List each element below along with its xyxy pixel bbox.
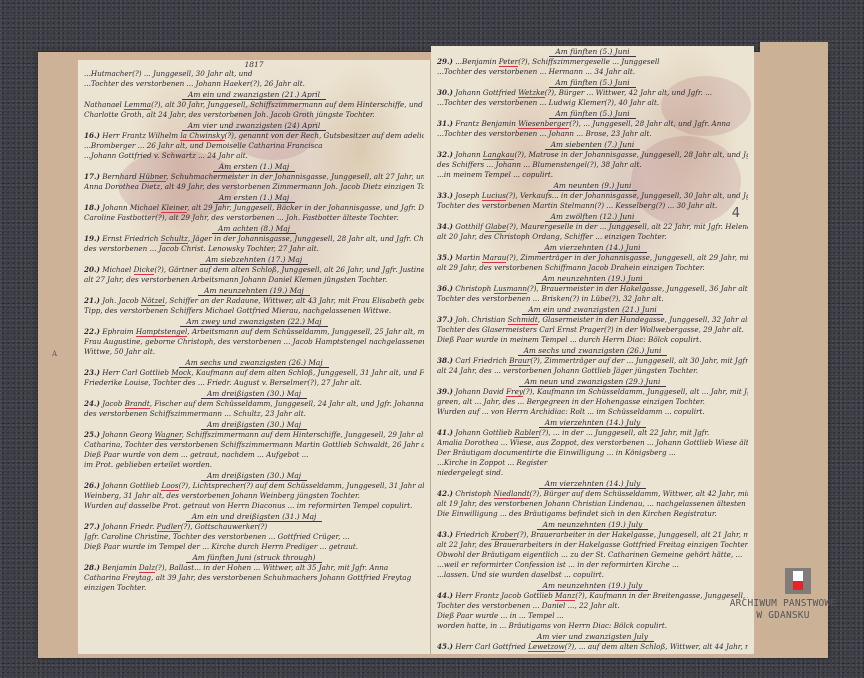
date-heading-text: Am ein und zwanzigsten (21.) Juni <box>522 305 662 315</box>
entry-text: Johann David Frey(?), Kaufmann im Schüss… <box>455 387 748 397</box>
register-entry-line: Wurden auf ... von Herrn Archidiac: Rolt… <box>437 407 748 417</box>
register-entry-line: Amalia Dorothea ... Wiese, aus Zoppot, d… <box>437 438 748 448</box>
entry-number: 30.) <box>437 88 453 97</box>
date-heading: Am vierzehnten (14.) July <box>437 417 748 428</box>
entry-text: des Schiffers ... Johann ... Blumensteng… <box>437 160 642 169</box>
entry-number: 35.) <box>437 253 453 262</box>
surname-underlined: Nötzel <box>141 296 165 306</box>
register-entry-line: ...lassen. Und sie wurden daselbst ... c… <box>437 570 748 580</box>
entry-text: ...lassen. Und sie wurden daselbst ... c… <box>437 570 604 579</box>
entry-text: ...weil er reformirter Confession ist ..… <box>437 560 679 569</box>
date-heading: Am ein und zwanzigsten (21.) Juni <box>437 304 748 315</box>
register-entry-line: ...Tochter des verstorbenen ... Johann .… <box>437 129 748 139</box>
date-heading-text: Am neunzehnten (19.) Juni <box>536 274 648 284</box>
margin-mark: A <box>52 350 57 358</box>
surname-underlined: Manz <box>555 591 575 601</box>
entry-number: 44.) <box>437 591 453 600</box>
surname-underlined: Frey <box>506 387 523 397</box>
entry-text: Dieß Paar wurde ... in ... Tempel ... <box>437 611 564 620</box>
entry-text: Johann Friedr. Pudler(?), Gottschauwerke… <box>102 522 267 532</box>
entry-text: Ernst Friedrich Schultz, Jäger in der Jo… <box>102 234 424 244</box>
entry-text: Charlotte Groth, alt 24 Jahr, des versto… <box>84 110 375 119</box>
surname-underlined: Braur <box>509 356 530 366</box>
register-entry-line: Friederike Louise, Tochter des ... Fried… <box>84 378 424 388</box>
date-heading-text: Am fünften (5.) Juni <box>549 47 635 57</box>
surname-underlined: Lucius <box>482 191 506 201</box>
register-entry-line: alt 24 Jahr, des ... verstorbenen Johann… <box>437 366 748 376</box>
register-entry-line: 41.) Johann Gottlieb Rabler(?), ... in d… <box>437 428 748 438</box>
entry-text: Wurden auf dasselbe Prot. getraut von He… <box>84 501 412 510</box>
register-entry-line: 36.) Christoph Lusmann(?), Brauermeister… <box>437 284 748 294</box>
date-heading: Am fünften (5.) Juni <box>437 108 748 119</box>
register-entry-line: 28.) Benjamin Dalz(?), Ballast... in der… <box>84 563 424 573</box>
entry-text: Dieß Paar wurde von dem ... getraut, nac… <box>84 450 308 459</box>
entry-text: Johann Gottlieb Loos(?), Lichtsprecher(?… <box>102 481 424 491</box>
entry-text: Frau Augustine, geborne Christoph, des v… <box>84 337 424 346</box>
register-entry-line: 32.) Johann Langkau(?), Matrose in der J… <box>437 150 748 160</box>
surname-underlined: Peter <box>499 57 518 67</box>
register-entry-line: Jgfr. Caroline Christine, Tochter des ve… <box>84 532 424 542</box>
surname-underlined: Lusmann <box>494 284 527 294</box>
register-entry-line: 42.) Christoph Niedlandt(?), Bürger auf … <box>437 489 748 499</box>
date-heading-text: Am sechs und zwanzigsten (26.) Maj <box>179 358 328 368</box>
surname-underlined: Hübner <box>139 172 166 182</box>
entry-text: Johann Gottlieb Rabler(?), ... in der ..… <box>455 428 709 438</box>
entry-text: Die Einwilligung ... des Bräutigams befi… <box>437 509 717 518</box>
date-heading-text: Am zwölften (12.) Juni <box>545 212 641 222</box>
entry-text: Herr Carl Gottfried Lewetzow(?), ... auf… <box>455 642 748 652</box>
entry-text: Herr Frantz Jacob Gottlieb Manz(?), Kauf… <box>455 591 748 601</box>
entry-number: 21.) <box>84 296 100 305</box>
entry-text: Tochter des verstorbenen ... Brisken(?) … <box>437 294 664 303</box>
date-heading-text: Am neunten (9.) Juni <box>548 181 638 191</box>
entry-text: Caroline Fastbotter(?), alt 29 Jahr, des… <box>84 213 399 222</box>
surname-underlined: Wiesenberger <box>518 119 569 129</box>
date-heading: Am sechs und zwanzigsten (26.) Maj <box>84 357 424 368</box>
surname-underlined: Kleiner <box>161 203 187 213</box>
register-entry-line: Dieß Paar wurde im Tempel der ... Kirche… <box>84 542 424 552</box>
right-register-page: 4 Am fünften (5.) Juni29.) ...Benjamin P… <box>431 46 754 654</box>
date-heading: Am siebenten (7.) Juni <box>437 139 748 150</box>
entry-text: Tochter des Glasermeisters Carl Ernst Pr… <box>437 325 744 334</box>
date-heading: Am ein und zwanzigsten (21.) April <box>84 89 424 100</box>
entry-text: Wittwe, 50 Jahr alt. <box>84 347 155 356</box>
register-entry-line: ...Kirche in Zoppot ... Register <box>437 458 748 468</box>
surname-underlined: Schultz <box>161 234 188 244</box>
entry-text: ...in meinem Tempel ... copulirt. <box>437 170 553 179</box>
register-entry-line: 35.) Martin Marau(?), Zimmerträger in de… <box>437 253 748 263</box>
entry-number: 18.) <box>84 203 100 212</box>
date-heading-text: Am vierzehnten (14.) Juni <box>538 243 646 253</box>
date-heading-text: Am neunzehnten (19.) Maj <box>198 286 310 296</box>
register-entry-line: Tochter des Glasermeisters Carl Ernst Pr… <box>437 325 748 335</box>
left-register-page: 1817 ...Hutmacher(?) ... Junggesell, 30 … <box>78 60 431 654</box>
register-entry-line: alt 20 Jahr, des Christoph Ordang, Schif… <box>437 232 748 242</box>
entry-text: Johann Michael Kleiner, alt 29 Jahr, Jun… <box>102 203 424 213</box>
entry-number: 23.) <box>84 368 100 377</box>
register-entry-line: 21.) Joh. Jacob Nötzel, Schiffer an der … <box>84 296 424 306</box>
entry-text: Friedrich Krober(?), Brauerarbeiter in d… <box>455 530 748 540</box>
register-entry-line: Nathanael Lemma(?), alt 30 Jahr, Jungges… <box>84 100 424 110</box>
register-entry-line: 34.) Gotthilf Glabe(?), Maurergeselle in… <box>437 222 748 232</box>
date-heading: Am fünften (5.) Juni <box>437 46 748 57</box>
register-entry-line: 39.) Johann David Frey(?), Kaufmann im S… <box>437 387 748 397</box>
entry-text: Johann Gottfried Wetzke(?), Bürger ... W… <box>455 88 712 98</box>
date-heading-text: Am fünften Juni (struck through) <box>186 553 321 563</box>
entry-number: 27.) <box>84 522 100 531</box>
register-entry-line: green, alt ... Jahr, des ... Bergegreen … <box>437 397 748 407</box>
entry-number: 39.) <box>437 387 453 396</box>
top-fragment-line: ...Hutmacher(?) ... Junggesell, 30 Jahr … <box>84 69 424 79</box>
register-entry-line: ...weil er reformirter Confession ist ..… <box>437 560 748 570</box>
register-entry-line: 18.) Johann Michael Kleiner, alt 29 Jahr… <box>84 203 424 213</box>
register-entry-line: 37.) Joh. Christian Schmidt, Glasermeist… <box>437 315 748 325</box>
date-heading-text: Am ein und dreißigsten (31.) Maj <box>186 512 323 522</box>
archive-watermark: ARCHIWUM PANSTWOWE W GDANSKU <box>738 568 858 622</box>
entry-number: 26.) <box>84 481 100 490</box>
entry-text: Tipp, des verstorbenen Schiffers Michael… <box>84 306 391 315</box>
date-heading: Am dreißigsten (30.) Maj <box>84 470 424 481</box>
entry-text: des verstorbenen Schiffszimmermann ... S… <box>84 409 306 418</box>
register-entry-line: worden hatte, in ... Bräutigams von Herr… <box>437 621 748 631</box>
entry-text: Christoph Niedlandt(?), Bürger auf dem S… <box>455 489 748 499</box>
date-heading: Am fünften Juni (struck through) <box>84 552 424 563</box>
entry-number: 34.) <box>437 222 453 231</box>
entry-text: ...Tochter des verstorbenen ... Hermann … <box>437 67 635 76</box>
register-entry-line: 17.) Bernhard Hübner, Schuhmachermeister… <box>84 172 424 182</box>
register-entry-line: 44.) Herr Frantz Jacob Gottlieb Manz(?),… <box>437 591 748 601</box>
entry-text: worden hatte, in ... Bräutigams von Herr… <box>437 621 667 630</box>
register-entry-line: 38.) Carl Friedrich Braur(?), Zimmerträg… <box>437 356 748 366</box>
entry-text: alt 27 Jahr, des verstorbenen Arbeitsman… <box>84 275 387 284</box>
register-entry-line: 45.) Herr Carl Gottfried Lewetzow(?), ..… <box>437 642 748 652</box>
date-heading-text: Am sechs und zwanzigsten (26.) Juni <box>518 346 668 356</box>
entry-text: green, alt ... Jahr, des ... Bergegreen … <box>437 397 705 406</box>
entry-text: Martin Marau(?), Zimmerträger in der Joh… <box>455 253 748 263</box>
entry-text: ...Johann Gottfried v. Schwartz ... 24 J… <box>84 151 248 160</box>
date-heading-text: Am achten (8.) Maj <box>212 224 296 234</box>
entry-text: Jacob Brandt, Fischer auf dem Schüsselda… <box>102 399 424 409</box>
register-entry-line: ...Bromberger ... 26 Jahr alt, und Demoi… <box>84 141 424 151</box>
entry-text: Wurden auf ... von Herrn Archidiac: Rolt… <box>437 407 705 416</box>
surname-underlined: Krober <box>491 530 516 540</box>
entry-text: Obwohl der Bräutigam eigentlich ... zu d… <box>437 550 742 559</box>
date-heading: Am vierzehnten (14.) July <box>437 478 748 489</box>
register-entry-line: 25.) Johann Georg Wagner, Schiffszimmerm… <box>84 430 424 440</box>
date-heading-text: Am vier und zwanzigsten (24) April <box>182 121 327 131</box>
entry-number: 20.) <box>84 265 100 274</box>
surname-underlined: Dicke <box>134 265 155 275</box>
entry-text: Christoph Lusmann(?), Brauermeister in d… <box>455 284 748 294</box>
register-entry-line: Weinberg, 31 Jahr alt, des verstorbenen … <box>84 491 424 501</box>
date-heading: Am sechs und zwanzigsten (26.) Juni <box>437 345 748 356</box>
right-page-text: Am fünften (5.) Juni29.) ...Benjamin Pet… <box>437 46 748 654</box>
date-heading: Am neunzehnten (19.) Juni <box>437 273 748 284</box>
date-heading: Am ein und dreißigsten (31.) Maj <box>84 511 424 522</box>
date-heading: Am ersten (1.) Maj <box>84 192 424 203</box>
entry-number: 19.) <box>84 234 100 243</box>
entry-text: Nathanael Lemma(?), alt 30 Jahr, Jungges… <box>84 100 423 110</box>
entry-text: alt 19 Jahr, des verstorbenen Johann Chr… <box>437 499 748 508</box>
entry-text: Herr Frantz Wilhelm la Chwinsky(?), gena… <box>102 131 424 141</box>
entry-number: 29.) <box>437 57 453 66</box>
register-entry-line: ...Tochter des verstorbenen ... Hermann … <box>437 67 748 77</box>
surname-underlined: Dalz <box>139 563 155 573</box>
surname-underlined: Wagner <box>155 430 182 440</box>
date-heading-text: Am siebenten (7.) Juni <box>545 140 641 150</box>
date-heading-text: Am vierzehnten (14.) July <box>539 479 647 489</box>
register-entry-line: Charlotte Groth, alt 24 Jahr, des versto… <box>84 110 424 120</box>
entry-text: alt 24 Jahr, des ... verstorbenen Johann… <box>437 366 698 375</box>
entry-text: alt 20 Jahr, des Christoph Ordang, Schif… <box>437 232 667 241</box>
date-heading: Am neunten (9.) Juni <box>437 180 748 191</box>
register-entry-line: 30.) Johann Gottfried Wetzke(?), Bürger … <box>437 88 748 98</box>
entry-number: 42.) <box>437 489 453 498</box>
entry-text: ...Bromberger ... 26 Jahr alt, und Demoi… <box>84 141 323 150</box>
entry-text: ...Tochter des verstorbenen ... Johann .… <box>437 129 652 138</box>
date-heading-text: Am neunzehnten (19.) July <box>537 581 649 591</box>
entry-text: Gotthilf Glabe(?), Maurergeselle in der … <box>455 222 748 232</box>
surname-underlined: Brandt <box>125 399 150 409</box>
surname-underlined: Niedlandt <box>494 489 530 499</box>
register-entry-line: Der Bräutigam documentirte die Einwillig… <box>437 448 748 458</box>
entry-number: 38.) <box>437 356 453 365</box>
entry-text: Johann Georg Wagner, Schiffszimmermann a… <box>102 430 424 440</box>
entry-number: 37.) <box>437 315 453 324</box>
date-heading: Am zwey und zwanzigsten (22.) Maj <box>84 316 424 327</box>
register-entry-line: 22.) Ephraim Hamptstengel, Arbeitsmann a… <box>84 327 424 337</box>
date-heading-text: Am fünften (5.) Juni <box>549 109 635 119</box>
date-heading: Am neunzehnten (19.) July <box>437 519 748 530</box>
surname-underlined: Loos <box>161 481 178 491</box>
surname-underlined: Mock <box>171 368 191 378</box>
watermark-line-1: ARCHIWUM PANSTWOWE <box>708 598 858 610</box>
date-heading-text: Am neunzehnten (19.) July <box>537 520 649 530</box>
date-heading-text: Am fünften (5.) Juni <box>549 78 635 88</box>
entry-number: 32.) <box>437 150 453 159</box>
register-entry-line: 29.) ...Benjamin Peter(?), Schiffszimmer… <box>437 57 748 67</box>
entry-text: Tochter des verstorbenen ... Daniel ...,… <box>437 601 620 610</box>
register-entry-line: 31.) Frantz Benjamin Wiesenberger(?), ..… <box>437 119 748 129</box>
register-entry-line: alt 22 Jahr, des Brauerarbeiters in der … <box>437 540 748 550</box>
register-entry-line: Caroline Fastbotter(?), alt 29 Jahr, des… <box>84 213 424 223</box>
register-entry-line: Catharina, Tochter des verstorbenen Schi… <box>84 440 424 450</box>
register-entry-line: Wittwe, 50 Jahr alt. <box>84 347 424 357</box>
entry-number: 28.) <box>84 563 100 572</box>
register-entry-line: 27.) Johann Friedr. Pudler(?), Gottschau… <box>84 522 424 532</box>
left-page-text: 1817 ...Hutmacher(?) ... Junggesell, 30 … <box>84 60 424 654</box>
register-entry-line: des verstorbenen Schiffszimmermann ... S… <box>84 409 424 419</box>
date-heading: Am neunzehnten (19.) Maj <box>84 285 424 296</box>
entry-number: 17.) <box>84 172 100 181</box>
entry-text: Joh. Christian Schmidt, Glasermeister in… <box>455 315 748 325</box>
entry-text: Bernhard Hübner, Schuhmachermeister in d… <box>102 172 424 182</box>
date-heading-text: Am ein und zwanzigsten (21.) April <box>182 90 326 100</box>
entry-number: 24.) <box>84 399 100 408</box>
date-heading-text: Am ersten (1.) Maj <box>213 162 295 172</box>
date-heading-text: Am zwey und zwanzigsten (22.) Maj <box>180 317 327 327</box>
surname-underlined: Schmidt <box>508 315 538 325</box>
entry-text: einzigen Tochter. <box>84 583 146 592</box>
entry-text: Tochter des verstorbenen Martin Stelmann… <box>437 201 717 210</box>
date-heading: Am vier und zwanzigsten (24) April <box>84 120 424 131</box>
entry-text: Friederike Louise, Tochter des ... Fried… <box>84 378 362 387</box>
watermark-line-2: W GDANSKU <box>708 610 858 622</box>
register-entry-line: Dieß Paar wurde von dem ... getraut, nac… <box>84 450 424 460</box>
archive-logo-icon <box>785 568 811 594</box>
entry-text: Anna Dorothea Dietz, alt 49 Jahr, des ve… <box>84 182 424 191</box>
entry-text: Dieß Paar wurde im Tempel der ... Kirche… <box>84 542 358 551</box>
entry-text: Johann Langkau(?), Matrose in der Johann… <box>455 150 748 160</box>
date-heading: Am neun und zwanzigsten (29.) Juni <box>437 376 748 387</box>
entry-text: Ephraim Hamptstengel, Arbeitsmann auf de… <box>102 327 424 337</box>
date-heading-text: Am neun und zwanzigsten (29.) Juni <box>519 377 667 387</box>
register-entry-line: ...Tochter des verstorbenen ... Ludwig K… <box>437 98 748 108</box>
entry-text: im Prot. geblieben erteilet worden. <box>84 460 212 469</box>
register-entry-line: Wurden auf dasselbe Prot. getraut von He… <box>84 501 424 511</box>
entry-number: 36.) <box>437 284 453 293</box>
register-entry-line: des verstorbenen ... Jacob Christ. Lenow… <box>84 244 424 254</box>
entry-text: ...Tochter des verstorbenen ... Ludwig K… <box>437 98 659 107</box>
entry-text: alt 22 Jahr, des Brauerarbeiters in der … <box>437 540 748 549</box>
top-fragment-line: ...Tochter des verstorbenen ... Johann H… <box>84 79 424 89</box>
entry-number: 31.) <box>437 119 453 128</box>
register-entry-line: Catharina Freytag, alt 39 Jahr, des vers… <box>84 573 424 583</box>
register-entry-line: Dieß Paar wurde ... in ... Tempel ... <box>437 611 748 621</box>
date-heading: Am siebzehnten (17.) Maj <box>84 254 424 265</box>
register-entry-line: Tochter des verstorbenen Martin Stelmann… <box>437 201 748 211</box>
entry-text: ...Kirche in Zoppot ... Register <box>437 458 547 467</box>
entry-text: niedergelegt sind. <box>437 468 503 477</box>
register-entry-line: niedergelegt sind. <box>437 468 748 478</box>
entry-number: 33.) <box>437 191 453 200</box>
register-entry-line: Frau Augustine, geborne Christoph, des v… <box>84 337 424 347</box>
date-heading: Am ersten (1.) Maj <box>84 161 424 172</box>
entry-text: alt 29 Jahr, des verstorbenen Schiffmann… <box>437 263 705 272</box>
entry-text: Catharina, Tochter des verstorbenen Schi… <box>84 440 424 449</box>
register-entry-line: alt 19 Jahr, des verstorbenen Johann Chr… <box>437 499 748 509</box>
entry-text: Michael Dicke(?), Gärtner auf dem alten … <box>102 265 424 275</box>
register-entry-line: Tochter des verstorbenen ... Brisken(?) … <box>437 294 748 304</box>
surname-underlined: Lewetzow <box>528 642 565 652</box>
date-heading: Am dreißigsten (30.) Maj <box>84 419 424 430</box>
register-entry-line: ...Johann Gottfried v. Schwartz ... 24 J… <box>84 151 424 161</box>
register-entry-line: im Prot. geblieben erteilet worden. <box>84 460 424 470</box>
surname-underlined: Hamptstengel <box>136 327 187 337</box>
register-entry-line: 23.) Herr Carl Gottlieb Mock, Kaufmann a… <box>84 368 424 378</box>
entry-text: Catharina Freytag, alt 39 Jahr, des vers… <box>84 573 411 582</box>
entry-text: Jgfr. Caroline Christine, Tochter des ve… <box>84 532 350 541</box>
entry-number: 16.) <box>84 131 100 140</box>
date-heading-text: Am vier und zwanzigsten July <box>531 632 654 642</box>
date-heading: Am vierzehnten (14.) Juni <box>437 242 748 253</box>
entry-text: Amalia Dorothea ... Wiese, aus Zoppot, d… <box>437 438 748 447</box>
date-heading-text: Am dreißigsten (30.) Maj <box>201 420 307 430</box>
register-entry-line: Tipp, des verstorbenen Schiffers Michael… <box>84 306 424 316</box>
surname-underlined: Wetzke <box>518 88 544 98</box>
register-entry-line: einzigen Tochter. <box>84 583 424 593</box>
entry-number: 41.) <box>437 428 453 437</box>
date-heading-text: Am dreißigsten (30.) Maj <box>201 389 307 399</box>
surname-underlined: Langkau <box>483 150 515 160</box>
surname-underlined: la Chwinsky <box>180 131 224 141</box>
entry-text: Carl Friedrich Braur(?), Zimmerträger au… <box>455 356 748 366</box>
entry-text: Joh. Jacob Nötzel, Schiffer an der Radau… <box>102 296 424 306</box>
register-entry-line: Anna Dorothea Dietz, alt 49 Jahr, des ve… <box>84 182 424 192</box>
surname-underlined: Glabe <box>485 222 506 232</box>
register-entry-line: 24.) Jacob Brandt, Fischer auf dem Schüs… <box>84 399 424 409</box>
surname-underlined: Rabler <box>514 428 538 438</box>
entry-text: des verstorbenen ... Jacob Christ. Lenow… <box>84 244 319 253</box>
date-heading-text: Am dreißigsten (30.) Maj <box>201 471 307 481</box>
register-entry-line: 33.) Joseph Lucius(?), Verkaufs... in de… <box>437 191 748 201</box>
entry-text: Herr Carl Gottlieb Mock, Kaufmann auf de… <box>102 368 424 378</box>
register-entry-line: Dieß Paar wurde in meinem Tempel ... dur… <box>437 335 748 345</box>
entry-text: ... <box>437 652 444 654</box>
entry-text: Dieß Paar wurde in meinem Tempel ... dur… <box>437 335 701 344</box>
date-heading: Am vier und zwanzigsten July <box>437 631 748 642</box>
register-entry-line: ...in meinem Tempel ... copulirt. <box>437 170 748 180</box>
register-entry-line: ... <box>437 652 748 654</box>
entry-text: Joseph Lucius(?), Verkaufs... in der Joh… <box>455 191 748 201</box>
date-heading: Am achten (8.) Maj <box>84 223 424 234</box>
entry-number: 43.) <box>437 530 453 539</box>
entry-number: 22.) <box>84 327 100 336</box>
register-entry-line: Die Einwilligung ... des Bräutigams befi… <box>437 509 748 519</box>
date-heading: Am fünften (5.) Juni <box>437 77 748 88</box>
register-entry-line: 26.) Johann Gottlieb Loos(?), Lichtsprec… <box>84 481 424 491</box>
date-heading-text: Am vierzehnten (14.) July <box>539 418 647 428</box>
entry-text: Der Bräutigam documentirte die Einwillig… <box>437 448 676 457</box>
register-entry-line: 20.) Michael Dicke(?), Gärtner auf dem a… <box>84 265 424 275</box>
register-entry-line: 43.) Friedrich Krober(?), Brauerarbeiter… <box>437 530 748 540</box>
entry-number: 25.) <box>84 430 100 439</box>
year-header: 1817 <box>84 60 424 69</box>
entry-text: Frantz Benjamin Wiesenberger(?), ... Jun… <box>455 119 730 129</box>
date-heading-text: Am ersten (1.) Maj <box>213 193 295 203</box>
date-heading: Am dreißigsten (30.) Maj <box>84 388 424 399</box>
entry-text: Weinberg, 31 Jahr alt, des verstorbenen … <box>84 491 360 500</box>
date-heading-text: Am siebzehnten (17.) Maj <box>200 255 308 265</box>
register-entry-line: Obwohl der Bräutigam eigentlich ... zu d… <box>437 550 748 560</box>
entry-number: 45.) <box>437 642 453 651</box>
register-entry-line: alt 27 Jahr, des verstorbenen Arbeitsman… <box>84 275 424 285</box>
register-entry-line: Tochter des verstorbenen ... Daniel ...,… <box>437 601 748 611</box>
date-heading: Am neunzehnten (19.) July <box>437 580 748 591</box>
date-heading: Am zwölften (12.) Juni <box>437 211 748 222</box>
register-entry-line: alt 29 Jahr, des verstorbenen Schiffmann… <box>437 263 748 273</box>
surname-underlined: Marau <box>482 253 506 263</box>
entry-text: ...Benjamin Peter(?), Schiffszimmergesel… <box>455 57 659 67</box>
backing-sheet-right-edge <box>760 42 828 642</box>
register-entry-line: 19.) Ernst Friedrich Schultz, Jäger in d… <box>84 234 424 244</box>
register-entry-line: des Schiffers ... Johann ... Blumensteng… <box>437 160 748 170</box>
entry-text: Benjamin Dalz(?), Ballast... in der Hohe… <box>102 563 388 573</box>
surname-underlined: Lemma <box>124 100 151 110</box>
surname-underlined: Pudler <box>157 522 181 532</box>
register-entry-line: 16.) Herr Frantz Wilhelm la Chwinsky(?),… <box>84 131 424 141</box>
